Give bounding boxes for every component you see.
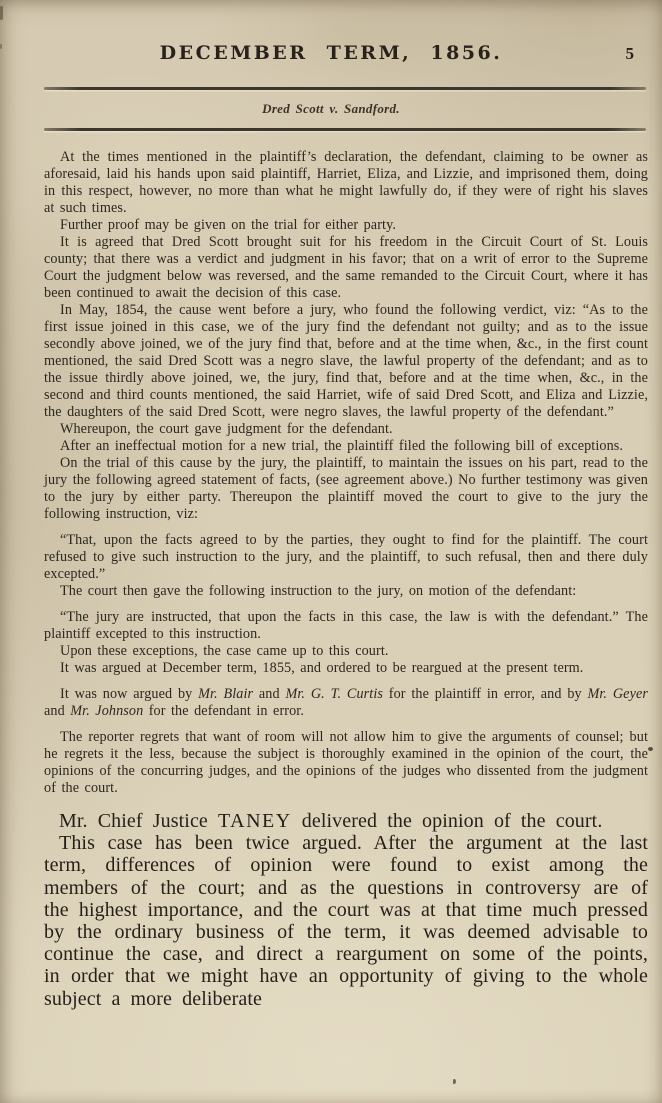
facts-paragraph: Whereupon, the court gave judgment for t… [44, 421, 648, 438]
header-rule-top [44, 87, 646, 90]
facts-paragraph: Upon these exceptions, the case came up … [44, 643, 648, 660]
opinion-attribution: Mr. Chief Justice TANEY delivered the op… [44, 810, 648, 832]
facts-text: In May, 1854, the cause went before a ju… [44, 302, 648, 420]
opinion-paragraph: This case has been twice argued. After t… [44, 832, 648, 1010]
facts-text: After an ineffectual motion for a new tr… [60, 438, 623, 454]
facts-text: Whereupon, the court gave judgment for t… [60, 421, 393, 437]
facts-text: for the plaintiff in error, and by [383, 686, 587, 702]
ink-speck [648, 747, 653, 751]
facts-paragraph: At the times mentioned in the plaintiff’… [44, 149, 648, 217]
facts-text: “The jury are instructed, that upon the … [44, 609, 648, 642]
counsel-name: Mr. G. T. Curtis [285, 686, 383, 702]
facts-paragraph: In May, 1854, the cause went before a ju… [44, 302, 648, 421]
page-number: 5 [626, 44, 635, 64]
counsel-name: Mr. Johnson [70, 703, 143, 719]
facts-paragraph: It was argued at December term, 1855, an… [44, 660, 648, 677]
counsel-name: Mr. Blair [198, 686, 253, 702]
justice-name: TANEY [218, 810, 292, 832]
facts-paragraph: “That, upon the facts agreed to by the p… [44, 532, 648, 583]
facts-text: and [253, 686, 285, 702]
facts-paragraph: The court then gave the following instru… [44, 583, 648, 600]
book-page: DECEMBER TERM, 1856. 5 Dred Scott v. San… [0, 0, 662, 1103]
scan-edge-mark [0, 6, 3, 20]
facts-text: The court then gave the following instru… [60, 583, 576, 599]
facts-text: At the times mentioned in the plaintiff’… [44, 149, 648, 216]
facts-paragraph: The reporter regrets that want of room w… [44, 729, 648, 797]
facts-text: “That, upon the facts agreed to by the p… [44, 532, 648, 582]
page-content: At the times mentioned in the plaintiff’… [44, 149, 648, 1010]
facts-text: Further proof may be given on the trial … [60, 217, 396, 233]
facts-text: It is agreed that Dred Scott brought sui… [44, 234, 648, 301]
scan-edge-mark [0, 44, 2, 49]
facts-text: On the trial of this cause by the jury, … [44, 455, 648, 522]
facts-paragraph: On the trial of this cause by the jury, … [44, 455, 648, 523]
facts-section: At the times mentioned in the plaintiff’… [44, 149, 648, 797]
facts-paragraph: It was now argued by Mr. Blair and Mr. G… [44, 686, 648, 720]
facts-text: It was argued at December term, 1855, an… [60, 660, 583, 676]
opinion-attribution-suffix: delivered the opinion of the court. [292, 810, 603, 832]
facts-paragraph: Further proof may be given on the trial … [44, 217, 648, 234]
header-rule-bottom [44, 128, 646, 131]
facts-paragraph: After an ineffectual motion for a new tr… [44, 438, 648, 455]
running-head-title: DECEMBER TERM, 1856. [0, 42, 662, 64]
facts-text: The reporter regrets that want of room w… [44, 729, 648, 796]
facts-text: Upon these exceptions, the case came up … [60, 643, 389, 659]
facts-text: for the defendant in error. [143, 703, 304, 719]
opinion-section: Mr. Chief Justice TANEY delivered the op… [44, 810, 648, 1010]
facts-text: It was now argued by [60, 686, 198, 702]
opinion-attribution-prefix: Mr. Chief Justice [59, 810, 218, 832]
counsel-name: Mr. Geyer [587, 686, 648, 702]
facts-text: and [44, 703, 70, 719]
facts-paragraph: It is agreed that Dred Scott brought sui… [44, 234, 648, 302]
facts-paragraph: “The jury are instructed, that upon the … [44, 609, 648, 643]
case-caption: Dred Scott v. Sandford. [0, 101, 662, 117]
ink-speck [453, 1079, 456, 1084]
